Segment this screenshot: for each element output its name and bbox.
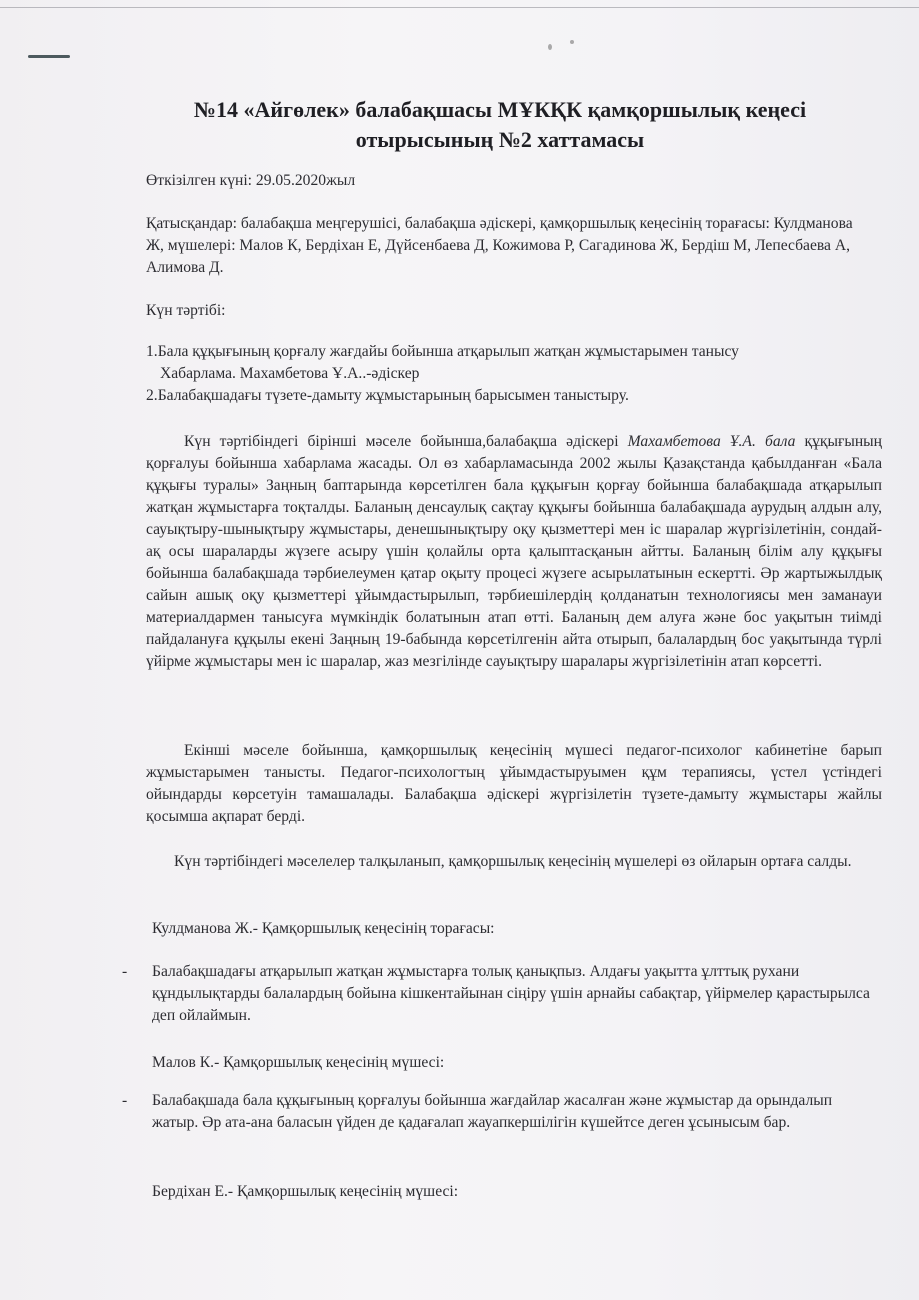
agenda-item-2: 2.Балабақшадағы түзете-дамыту жұмыстарын… xyxy=(146,385,886,407)
title-line-2: отырысының №2 хаттамасы xyxy=(150,125,850,155)
paragraph-discussion: Күн тәртібіндегі мәселелер талқыланып, қ… xyxy=(146,851,876,873)
speaker-name-italic: Махамбетова Ұ.А. бала xyxy=(628,433,796,450)
agenda-label: Күн тәртібі: xyxy=(146,300,226,322)
paragraph-first-lead: Күн тәртібіндегі бірінші мәселе бойынша,… xyxy=(184,433,628,450)
agenda-list: 1.Бала құқығының қорғалу жағдайы бойынша… xyxy=(146,341,886,407)
speaker-3-heading: Бердіхан Е.- Қамқоршылық кеңесінің мүшес… xyxy=(152,1181,458,1203)
speaker-1-statement: Балабақшадағы атқарылып жатқан жұмыстарғ… xyxy=(152,961,874,1027)
agenda-item-1: 1.Бала құқығының қорғалу жағдайы бойынша… xyxy=(146,341,886,363)
speaker-1-heading: Кулдманова Ж.- Қамқоршылық кеңесінің тор… xyxy=(152,918,495,940)
scan-speck xyxy=(570,40,574,44)
bullet-dash: - xyxy=(122,961,127,983)
agenda-item-1-speaker: Хабарлама. Махамбетова Ұ.А..-әдіскер xyxy=(146,363,886,385)
scan-speck xyxy=(548,44,552,50)
paragraph-first-issue: Күн тәртібіндегі бірінші мәселе бойынша,… xyxy=(146,431,882,673)
paragraph-second-issue: Екінші мәселе бойынша, қамқоршылық кеңес… xyxy=(146,740,882,828)
bullet-dash: - xyxy=(122,1090,127,1112)
staple-mark xyxy=(28,55,70,58)
scanned-page: №14 «Айгөлек» балабақшасы МҰКҚК қамқоршы… xyxy=(0,0,919,1300)
speaker-2-statement: Балабақшада бала құқығының қорғалуы бойы… xyxy=(152,1090,874,1134)
document-title: №14 «Айгөлек» балабақшасы МҰКҚК қамқоршы… xyxy=(150,95,850,155)
scan-edge-line xyxy=(0,7,919,8)
participants: Қатысқандар: балабақша меңгерушісі, бала… xyxy=(146,213,866,279)
speaker-2-heading: Малов К.- Қамқоршылық кеңесінің мүшесі: xyxy=(152,1052,444,1074)
title-line-1: №14 «Айгөлек» балабақшасы МҰКҚК қамқоршы… xyxy=(150,95,850,125)
meeting-date: Өткізілген күні: 29.05.2020жыл xyxy=(146,170,355,192)
paragraph-first-body: құқығының қорғалуы бойынша хабарлама жас… xyxy=(146,433,882,670)
